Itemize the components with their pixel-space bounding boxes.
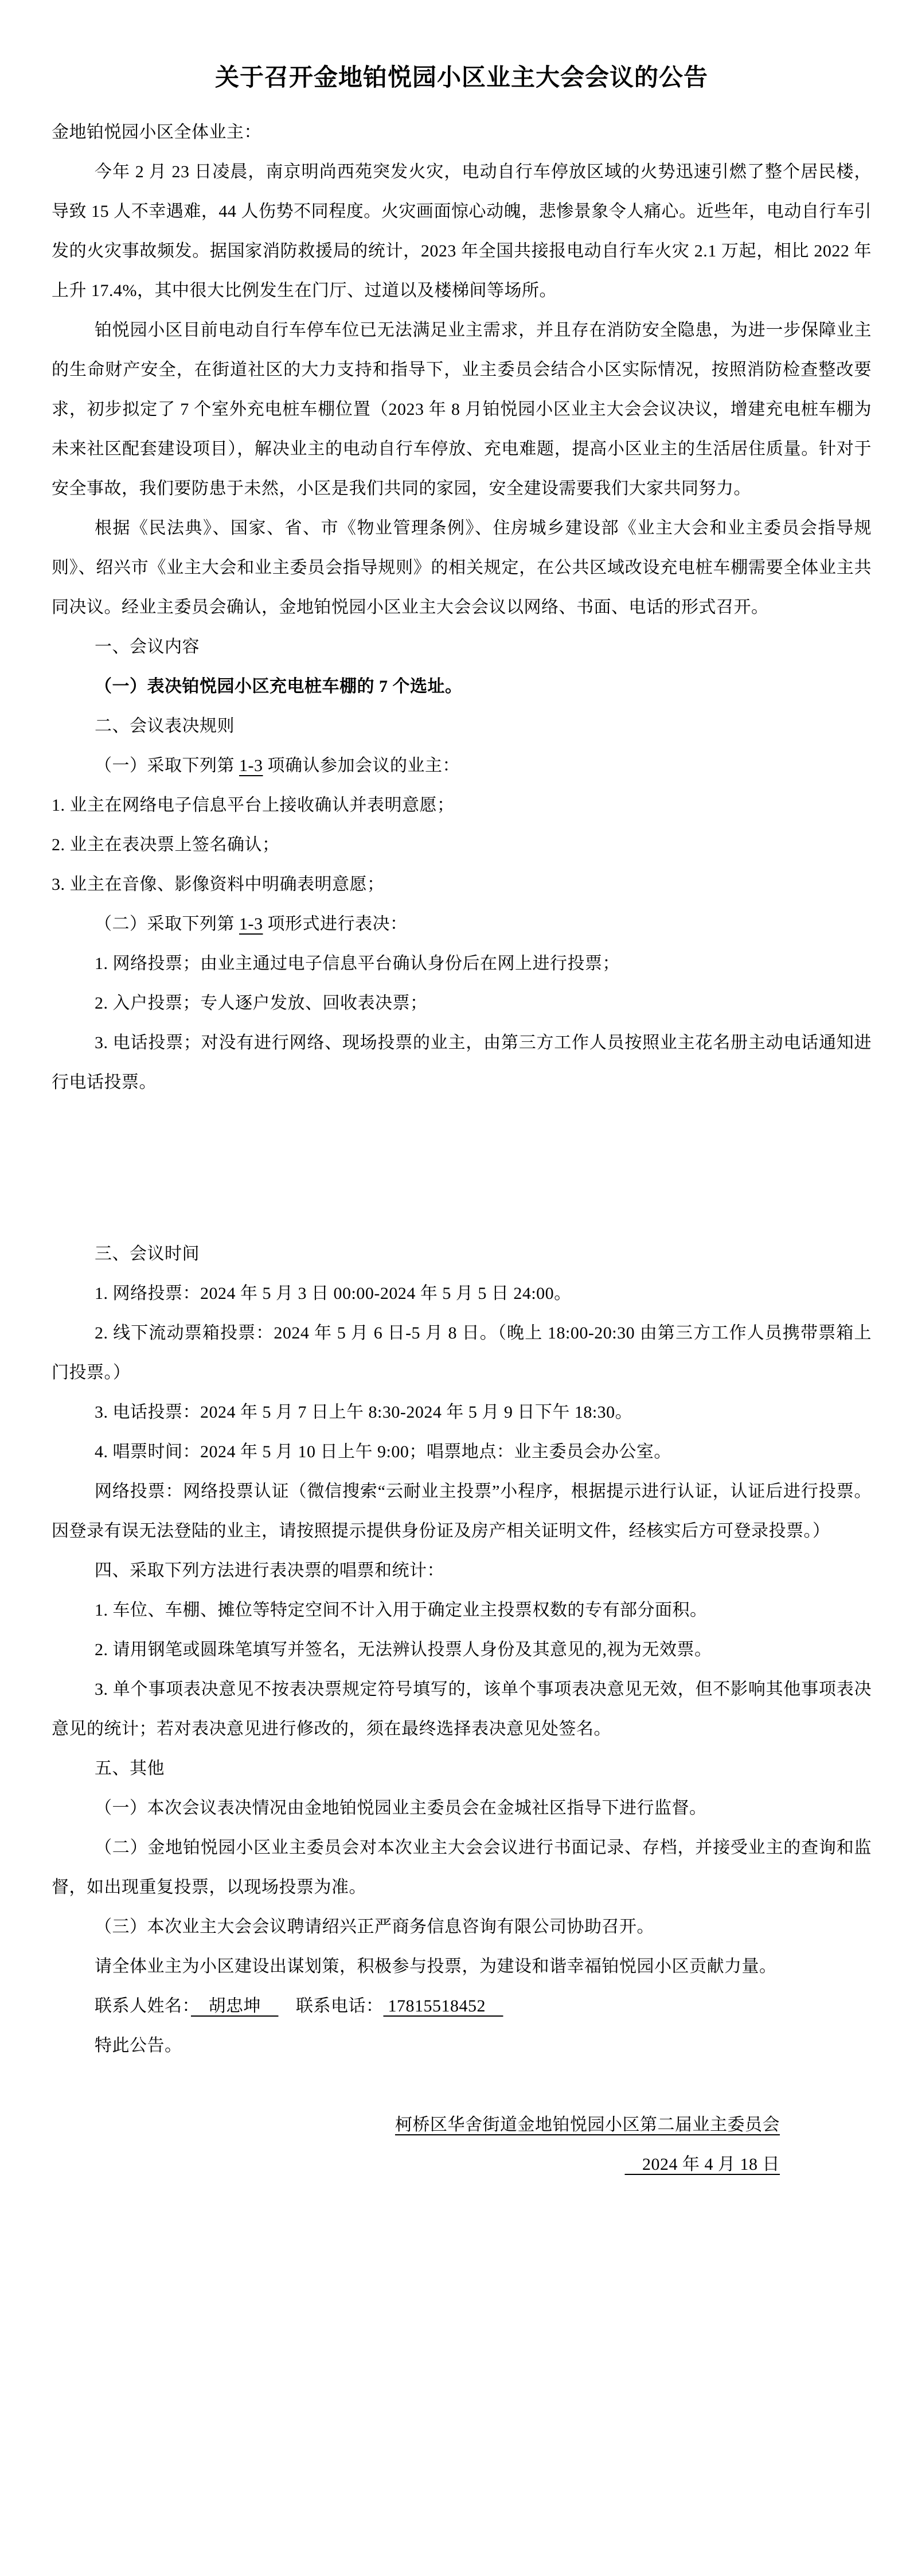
text-run: 1. 网络投票：2024 年 5 月 3 日 00:00-2024 年 5 月 … <box>95 1284 572 1303</box>
underlined-text: 胡忠坤 <box>191 1997 279 2015</box>
closing: 特此公告。 <box>52 2026 872 2065</box>
list-item: 1. 车位、车棚、摊位等特定空间不计入用于确定业主投票权数的专有部分面积。 <box>52 1590 872 1630</box>
sub-heading: （二）采取下列第 1-3 项形式进行表决： <box>52 904 872 944</box>
list-item: 3. 单个事项表决意见不按表决票规定符号填写的，该单个事项表决意见无效，但不影响… <box>52 1670 872 1749</box>
text-run: 1. 网络投票；由业主通过电子信息平台确认身份后在网上进行投票； <box>95 954 620 973</box>
document-page: 关于召开金地铂悦园小区业主大会会议的公告 金地铂悦园小区全体业主：今年 2 月 … <box>0 0 910 2576</box>
page-break-gap <box>52 1102 872 1234</box>
list-item: 2. 线下流动票箱投票：2024 年 5 月 6 日-5 月 8 日。（晚上 1… <box>52 1313 872 1392</box>
list-item: （三）本次业主大会会议聘请绍兴正严商务信息咨询有限公司协助召开。 <box>52 1907 872 1947</box>
text-run: 2. 业主在表决票上签名确认； <box>52 835 280 854</box>
text-run: 联系人姓名： <box>95 1997 191 2015</box>
underlined-text: 1-3 <box>239 756 263 775</box>
list-item: 3. 业主在音像、影像资料中明确表明意愿； <box>52 865 872 904</box>
text-run: 项形式进行表决： <box>263 915 408 933</box>
text-run <box>279 1997 296 2015</box>
text-run: 三、会议时间 <box>95 1244 200 1263</box>
body-paragraph: 请全体业主为小区建设出谋划策，积极参与投票，为建设和谐幸福铂悦园小区贡献力量。 <box>52 1947 872 1986</box>
underlined-text: 1-3 <box>239 915 263 933</box>
text-run: （二）金地铂悦园小区业主委员会对本次业主大会会议进行书面记录、存档，并接受业主的… <box>52 1838 872 1897</box>
text-run: 1. 车位、车棚、摊位等特定空间不计入用于确定业主投票权数的专有部分面积。 <box>95 1601 708 1620</box>
section-heading-4: 四、采取下列方法进行表决票的唱票和统计： <box>52 1551 872 1590</box>
body-paragraph: 铂悦园小区目前电动自行车停车位已无法满足业主需求，并且存在消防安全隐患，为进一步… <box>52 310 872 508</box>
text-run: 二、会议表决规则 <box>95 717 235 736</box>
list-item: 4. 唱票时间：2024 年 5 月 10 日上午 9:00；唱票地点：业主委员… <box>52 1432 872 1472</box>
text-run: （一）采取下列第 <box>95 756 239 775</box>
text-run: 五、其他 <box>95 1759 165 1778</box>
text-run: 铂悦园小区目前电动自行车停车位已无法满足业主需求，并且存在消防安全隐患，为进一步… <box>52 321 872 498</box>
text-run: 2. 入户投票；专人逐户发放、回收表决票； <box>95 994 428 1013</box>
text-run: 4. 唱票时间：2024 年 5 月 10 日上午 9:00；唱票地点：业主委员… <box>95 1442 671 1461</box>
body-paragraph: 今年 2 月 23 日凌晨，南京明尚西苑突发火灾，电动自行车停放区域的火势迅速引… <box>52 152 872 310</box>
body-paragraph: 根据《民法典》、国家、省、市《物业管理条例》、住房城乡建设部《业主大会和业主委员… <box>52 508 872 627</box>
blank-line <box>52 2065 872 2105</box>
list-item: （一）本次会议表决情况由金地铂悦园业主委员会在金城社区指导下进行监督。 <box>52 1788 872 1828</box>
underlined-text: 柯桥区华舍街道金地铂悦园小区第二届业主委员会 <box>395 2115 780 2134</box>
document-title: 关于召开金地铂悦园小区业主大会会议的公告 <box>52 63 872 93</box>
text-run: 2. 请用钢笔或圆珠笔填写并签名，无法辨认投票人身份及其意见的,视为无效票。 <box>95 1640 712 1659</box>
text-run: （一）本次会议表决情况由金地铂悦园业主委员会在金城社区指导下进行监督。 <box>95 1799 707 1818</box>
text-run: 网络投票：网络投票认证（微信搜索“云耐业主投票”小程序，根据提示进行认证，认证后… <box>52 1482 872 1540</box>
contact-line: 联系人姓名： 胡忠坤 联系电话： 17815518452 <box>52 1986 872 2026</box>
text-run: 3. 业主在音像、影像资料中明确表明意愿； <box>52 875 385 894</box>
text-run: 金地铂悦园小区全体业主： <box>52 123 261 142</box>
text-run: 今年 2 月 23 日凌晨，南京明尚西苑突发火灾，电动自行车停放区域的火势迅速引… <box>52 162 872 300</box>
body-paragraph: 网络投票：网络投票认证（微信搜索“云耐业主投票”小程序，根据提示进行认证，认证后… <box>52 1472 872 1551</box>
section-heading-1: 一、会议内容 <box>52 627 872 667</box>
list-item: 3. 电话投票：2024 年 5 月 7 日上午 8:30-2024 年 5 月… <box>52 1392 872 1432</box>
text-run: 一、会议内容 <box>95 637 200 656</box>
list-item: 1. 业主在网络电子信息平台上接收确认并表明意愿； <box>52 785 872 825</box>
list-item: 1. 网络投票；由业主通过电子信息平台确认身份后在网上进行投票； <box>52 944 872 983</box>
list-item: 2. 入户投票；专人逐户发放、回收表决票； <box>52 983 872 1023</box>
text-run: 联系电话： <box>296 1997 384 2015</box>
section-heading-3: 三、会议时间 <box>52 1234 872 1274</box>
text-run: 项确认参加会议的业主： <box>263 756 460 775</box>
text-run: 根据《民法典》、国家、省、市《物业管理条例》、住房城乡建设部《业主大会和业主委员… <box>52 519 872 617</box>
agenda-item: （一）表决铂悦园小区充电桩车棚的 7 个选址。 <box>52 667 872 706</box>
sub-heading: （一）采取下列第 1-3 项确认参加会议的业主： <box>52 746 872 785</box>
list-item: （二）金地铂悦园小区业主委员会对本次业主大会会议进行书面记录、存档，并接受业主的… <box>52 1828 872 1907</box>
list-item: 3. 电话投票；对没有进行网络、现场投票的业主，由第三方工作人员按照业主花名册主… <box>52 1023 872 1102</box>
text-run: 2. 线下流动票箱投票：2024 年 5 月 6 日-5 月 8 日。（晚上 1… <box>52 1324 872 1382</box>
signature: 柯桥区华舍街道金地铂悦园小区第二届业主委员会 <box>52 2105 872 2145</box>
document-body: 金地铂悦园小区全体业主：今年 2 月 23 日凌晨，南京明尚西苑突发火灾，电动自… <box>52 112 872 2184</box>
underlined-text: 17815518452 <box>384 1997 503 2015</box>
text-run: （三）本次业主大会会议聘请绍兴正严商务信息咨询有限公司协助召开。 <box>95 1917 654 1936</box>
text-run: 1. 业主在网络电子信息平台上接收确认并表明意愿； <box>52 796 455 815</box>
salutation: 金地铂悦园小区全体业主： <box>52 112 872 152</box>
list-item: 1. 网络投票：2024 年 5 月 3 日 00:00-2024 年 5 月 … <box>52 1274 872 1313</box>
text-run: 请全体业主为小区建设出谋划策，积极参与投票，为建设和谐幸福铂悦园小区贡献力量。 <box>95 1957 777 1976</box>
text-run: 四、采取下列方法进行表决票的唱票和统计： <box>95 1561 444 1580</box>
signature-date: 2024 年 4 月 18 日 <box>52 2145 872 2184</box>
section-heading-2: 二、会议表决规则 <box>52 706 872 746</box>
underlined-text: 2024 年 4 月 18 日 <box>625 2155 780 2174</box>
list-item: 2. 请用钢笔或圆珠笔填写并签名，无法辨认投票人身份及其意见的,视为无效票。 <box>52 1630 872 1670</box>
text-run: 3. 电话投票：2024 年 5 月 7 日上午 8:30-2024 年 5 月… <box>95 1403 632 1422</box>
text-run: 3. 单个事项表决意见不按表决票规定符号填写的，该单个事项表决意见无效，但不影响… <box>52 1680 872 1738</box>
section-heading-5: 五、其他 <box>52 1749 872 1788</box>
text-run: 3. 电话投票；对没有进行网络、现场投票的业主，由第三方工作人员按照业主花名册主… <box>52 1033 872 1092</box>
list-item: 2. 业主在表决票上签名确认； <box>52 825 872 865</box>
text-run: （二）采取下列第 <box>95 915 239 933</box>
text-run: （一）表决铂悦园小区充电桩车棚的 7 个选址。 <box>95 677 463 696</box>
text-run: 特此公告。 <box>95 2036 182 2055</box>
